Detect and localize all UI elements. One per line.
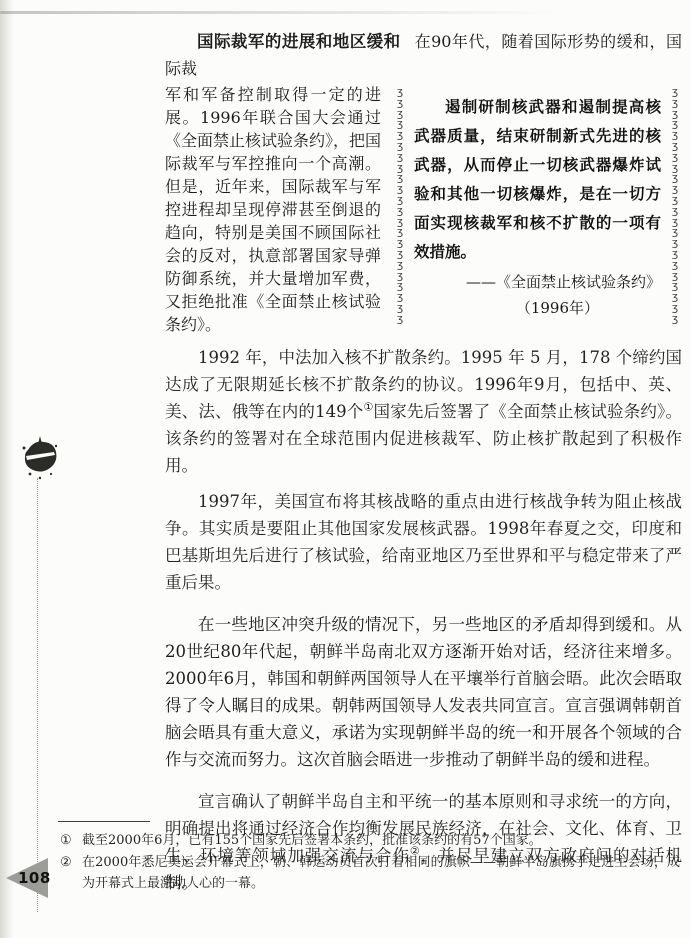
- quote-box: ʒ ʒ ʒ ʒ ʒ ʒ ʒ ʒ ʒ ʒ ʒ ʒ ʒ ʒ ʒ ʒ ʒ ʒ ʒ ʒ …: [393, 85, 682, 325]
- footnote-1-text: 截至2000年6月，已有155个国家先后签署本条约，批准该条约的有57个国家。: [82, 830, 680, 852]
- quote-date: （1996年）: [414, 296, 661, 321]
- page-edge-shadow: [0, 0, 14, 938]
- footnotes: ① 截至2000年6月，已有155个国家先后签署本条约，批准该条约的有57个国家…: [60, 830, 680, 895]
- body-text-area: 国际裁军的进展和地区缓和在90年代，随着国际形势的缓和，国际裁 ʒ ʒ ʒ ʒ …: [165, 28, 682, 896]
- ornament-border-right-icon: ʒ ʒ ʒ ʒ ʒ ʒ ʒ ʒ ʒ ʒ ʒ ʒ ʒ ʒ ʒ ʒ ʒ ʒ ʒ ʒ …: [668, 85, 682, 325]
- margin-rule-line: [37, 478, 38, 912]
- footnote-2-text: 在2000年悉尼奥运会开幕式上，朝、韩运动员首次打着相同的旗帜——朝鲜半岛旗携手…: [82, 852, 680, 895]
- textbook-page: 108 国际裁军的进展和地区缓和在90年代，随着国际形势的缓和，国际裁 ʒ ʒ …: [0, 0, 691, 938]
- paragraph-us-strategy: 1997年，美国宣布将其核战略的重点由进行核战争转为阻止核战争。其实质是要阻止其…: [165, 488, 682, 596]
- quote-inner: 遏制研制核武器和遏制提高核武器质量，结束研制新式先进的核武器，从而停止一切核武器…: [407, 85, 668, 325]
- footnote-1-marker: ①: [60, 830, 82, 852]
- quote-text: 遏制研制核武器和遏制提高核武器质量，结束研制新式先进的核武器，从而停止一切核武器…: [414, 93, 661, 267]
- scan-top-line: [0, 11, 560, 14]
- page-number-tab: 108: [6, 858, 52, 898]
- quote-attribution: ——《全面禁止核试验条约》: [414, 269, 661, 296]
- ornament-border-left-icon: ʒ ʒ ʒ ʒ ʒ ʒ ʒ ʒ ʒ ʒ ʒ ʒ ʒ ʒ ʒ ʒ ʒ ʒ ʒ ʒ …: [393, 85, 407, 325]
- footnote-2: ② 在2000年悉尼奥运会开幕式上，朝、韩运动员首次打着相同的旗帜——朝鲜半岛旗…: [60, 852, 680, 895]
- page-number: 108: [18, 869, 51, 887]
- paragraph-korea-summit: 在一些地区冲突升级的情况下，另一些地区的矛盾却得到缓和。从20世纪80年代起，朝…: [165, 611, 682, 773]
- footnote-2-marker: ②: [60, 852, 82, 895]
- run-in-heading: 国际裁军的进展和地区缓和: [197, 32, 401, 51]
- footnote-1: ① 截至2000年6月，已有155个国家先后签署本条约，批准该条约的有57个国家…: [60, 830, 680, 852]
- footnote-separator: [58, 821, 150, 822]
- paragraph-disarmament: 国际裁军的进展和地区缓和在90年代，随着国际形势的缓和，国际裁: [165, 28, 682, 82]
- footnote-ref-1: ①: [363, 401, 373, 414]
- paragraph-npt: 1992 年，中法加入核不扩散条约。1995 年 5 月，178 个缔约国达成了…: [165, 344, 682, 479]
- ink-blot-decoration: [20, 434, 60, 480]
- paragraph-rest: 军和军备控制取得一定的进展。1996年联合国大会通过《全面禁止核试验条约》，把国…: [165, 85, 381, 334]
